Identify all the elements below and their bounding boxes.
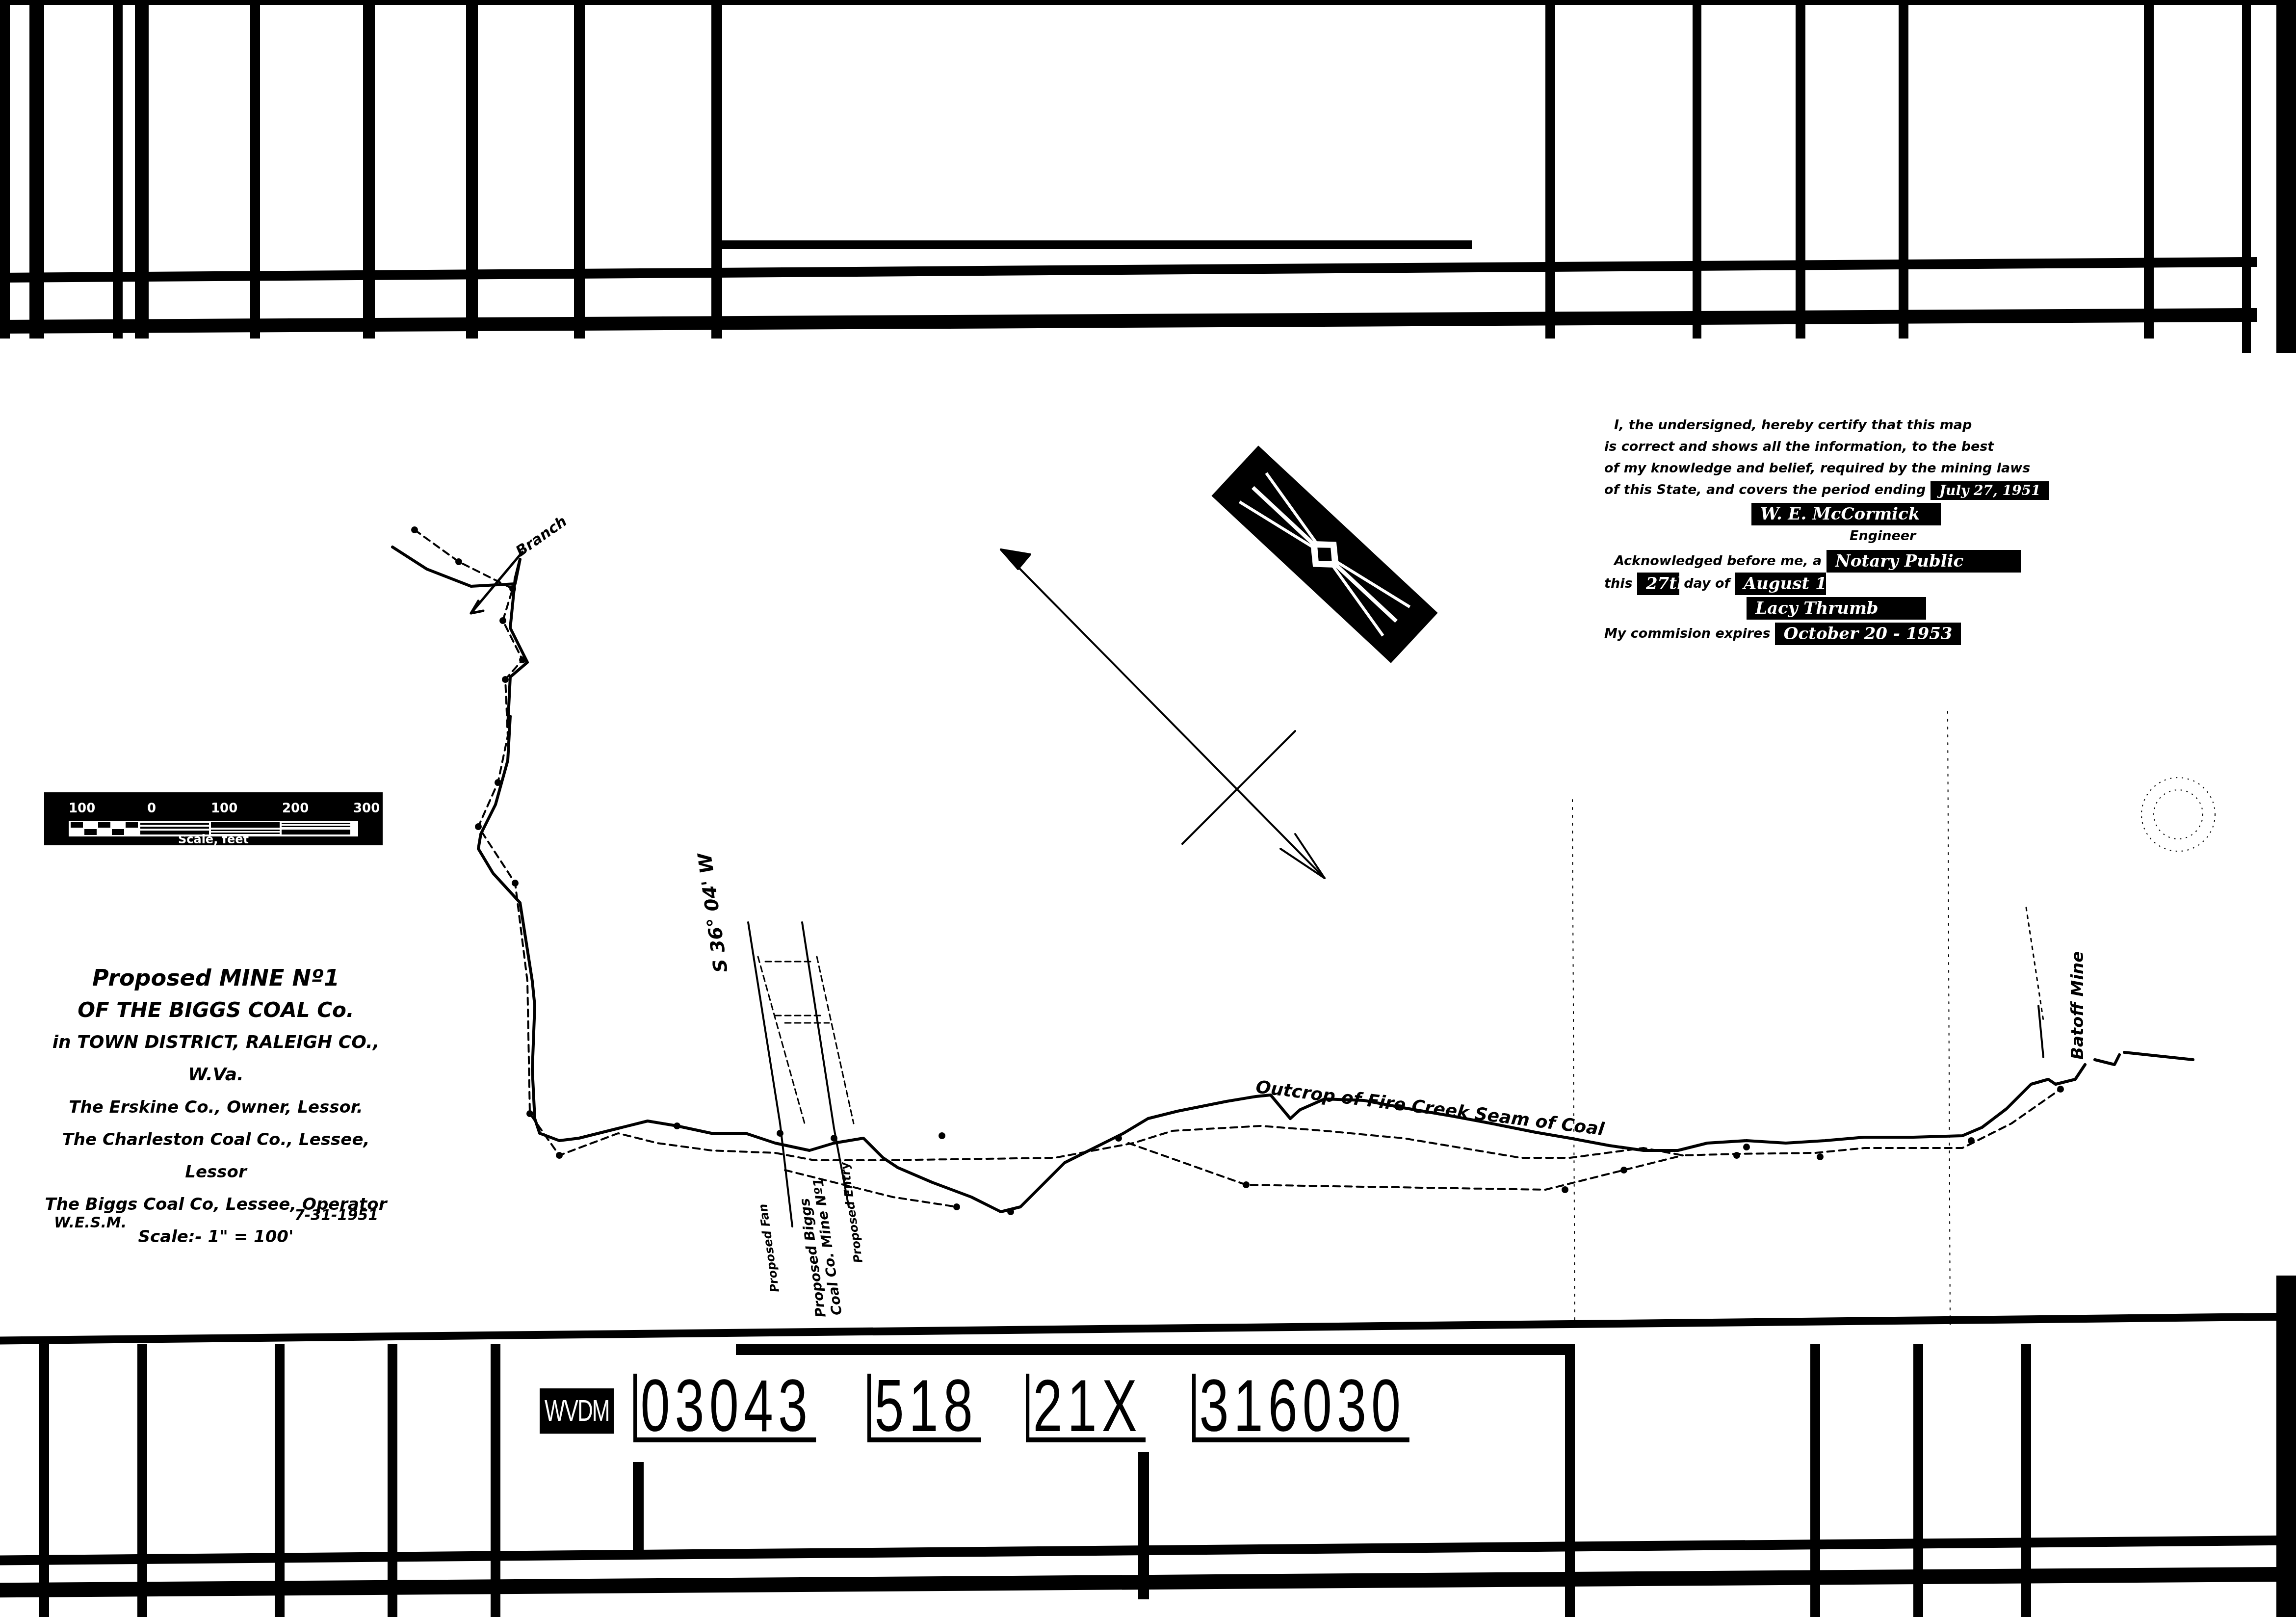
archive-field: 316030: [1192, 1374, 1409, 1442]
period-ending-value: July 27, 1951: [1931, 481, 2050, 500]
archive-id-strip: WVDM 03043 518 21X 316030: [540, 1374, 1493, 1462]
engineer-signature: W. E. McCormick: [1751, 503, 1941, 525]
cert-line: I, the undersigned, hereby certify that …: [1604, 415, 2095, 436]
certification-block: I, the undersigned, hereby certify that …: [1604, 415, 2095, 645]
lessee-lessor-line: The Charleston Coal Co., Lessee, Lessor: [29, 1123, 402, 1188]
title-block: Proposed MINE Nº1 OF THE BIGGS COAL Co. …: [29, 962, 402, 1253]
company-name: OF THE BIGGS COAL Co.: [29, 994, 402, 1026]
archive-field: 03043: [633, 1374, 816, 1442]
scale-tick: 200: [282, 801, 309, 816]
cert-line: of this State, and covers the period end…: [1604, 482, 1926, 497]
acknowledged-title: Notary Public: [1826, 550, 2021, 573]
scale-bar: 100 0 100 200 300 Scale, feet: [44, 792, 383, 845]
map-date: 7-31-1951: [294, 1200, 378, 1232]
owner-line: The Erskine Co., Owner, Lessor.: [29, 1091, 402, 1123]
archive-field: 21X: [1026, 1374, 1146, 1442]
scale-tick: 100: [69, 801, 95, 816]
month-value: August 1951: [1735, 573, 1826, 595]
commission-date: October 20 - 1953: [1775, 623, 1961, 645]
this-label: this: [1604, 576, 1632, 591]
cert-line: of my knowledge and belief, required by …: [1604, 458, 2095, 479]
scale-tick: 0: [147, 801, 156, 816]
compass-rose: [1211, 445, 1437, 663]
map-title: Proposed MINE Nº1: [29, 962, 402, 994]
notary-seal: [2141, 778, 2215, 851]
commission-label: My commision expires: [1604, 626, 1770, 641]
notary-signature: Lacy Thrumb: [1747, 597, 1926, 620]
location-line: in TOWN DISTRICT, RALEIGH CO., W.Va.: [29, 1026, 402, 1091]
batoff-mine-label: Batoff Mine: [2068, 951, 2087, 1060]
day-of-label: day of: [1684, 576, 1730, 591]
outcrop-line: [392, 547, 2056, 1212]
archive-field: 518: [867, 1374, 981, 1442]
north-arrow: [1001, 549, 1325, 878]
engineer-label: Engineer: [1604, 525, 2095, 547]
scale-tick: 300: [353, 801, 380, 816]
acknowledged-label: Acknowledged before me, a: [1614, 553, 1822, 569]
scale-caption: Scale, feet: [44, 833, 383, 846]
archive-prefix: WVDM: [540, 1388, 614, 1434]
day-value: 27th: [1637, 573, 1679, 595]
drafter-initials: W.E.S.M.: [54, 1207, 127, 1239]
scale-tick: 100: [211, 801, 237, 816]
cert-line: is correct and shows all the information…: [1604, 436, 2095, 458]
